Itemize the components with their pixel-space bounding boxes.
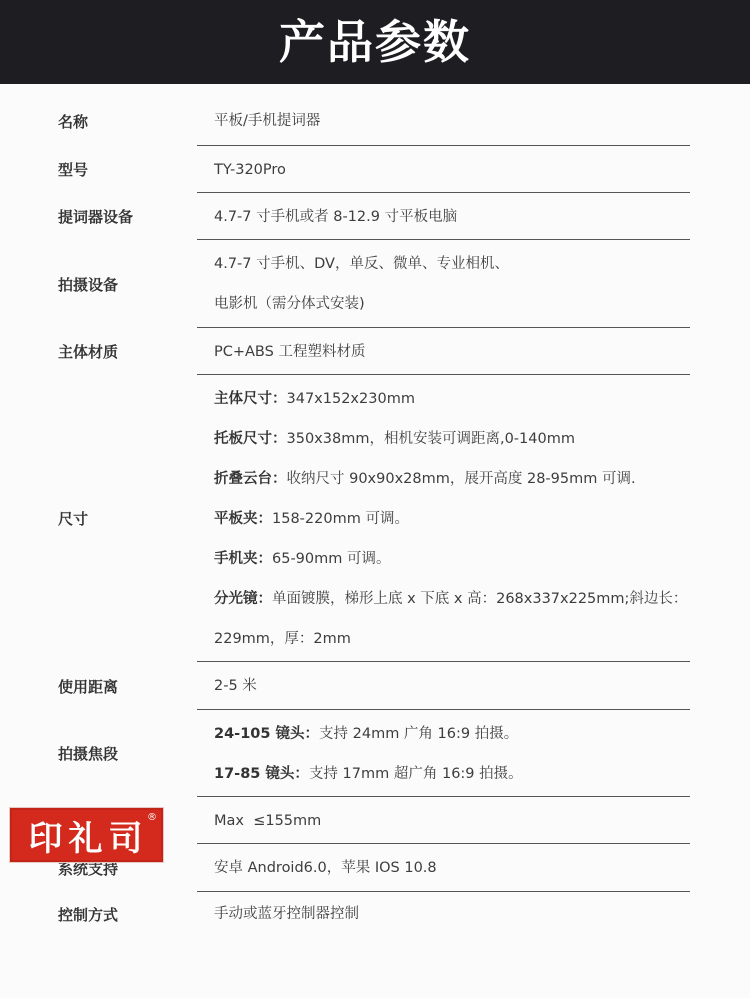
spec-row-distance: 使用距离 2-5 米 [0, 662, 750, 710]
spec-value: 24-105 镜头：支持 24mm 广角 16:9 拍摄。 17-85 镜头：支… [214, 714, 694, 794]
spec-row-focal-range: 拍摄焦段 24-105 镜头：支持 24mm 广角 16:9 拍摄。 17-85… [0, 710, 750, 797]
page-header: 产品参数 [0, 0, 750, 84]
spec-label: 拍摄焦段 [58, 743, 198, 764]
spec-label: 名称 [58, 111, 198, 132]
spec-row-prompter-device: 提词器设备 4.7-7 寸手机或者 8-12.9 寸平板电脑 [0, 193, 750, 240]
spec-label: 尺寸 [58, 508, 198, 529]
spec-row-name: 名称 平板/手机提词器 [0, 96, 750, 146]
spec-label: 控制方式 [58, 904, 198, 925]
spec-value: 主体尺寸：347x152x230mm 托板尺寸：350x38mm，相机安装可调距… [214, 379, 694, 659]
spec-row-dimensions: 尺寸 主体尺寸：347x152x230mm 托板尺寸：350x38mm，相机安装… [0, 375, 750, 662]
spec-row-shooting-device: 拍摄设备 4.7-7 寸手机、DV，单反、微单、专业相机、 电影机（需分体式安装… [0, 240, 750, 328]
spec-value: 手动或蓝牙控制器控制 [214, 904, 694, 924]
spec-value: 2-5 米 [214, 676, 694, 696]
spec-label: 使用距离 [58, 676, 198, 697]
spec-value: TY-320Pro [214, 160, 694, 180]
watermark-stamp-logo: 印礼司 ® [10, 808, 163, 862]
spec-row-control: 控制方式 手动或蓝牙控制器控制 [0, 892, 750, 936]
spec-label: 主体材质 [58, 341, 198, 362]
registered-mark-icon: ® [147, 812, 157, 823]
spec-value: 安卓 Android6.0，苹果 IOS 10.8 [214, 858, 694, 878]
spec-value: PC+ABS 工程塑料材质 [214, 342, 694, 362]
spec-label: 提词器设备 [58, 206, 198, 227]
spec-value: 4.7-7 寸手机或者 8-12.9 寸平板电脑 [214, 207, 694, 227]
page-title: 产品参数 [279, 6, 471, 72]
watermark-text: 印礼司 [29, 811, 149, 860]
spec-row-material: 主体材质 PC+ABS 工程塑料材质 [0, 328, 750, 375]
spec-value: 4.7-7 寸手机、DV，单反、微单、专业相机、 电影机（需分体式安装) [214, 244, 694, 324]
spec-row-model: 型号 TY-320Pro [0, 146, 750, 193]
spec-value: Max ≤155mm [214, 811, 694, 831]
spec-label: 拍摄设备 [58, 274, 198, 295]
spec-value: 平板/手机提词器 [214, 111, 694, 131]
spec-label: 型号 [58, 159, 198, 180]
